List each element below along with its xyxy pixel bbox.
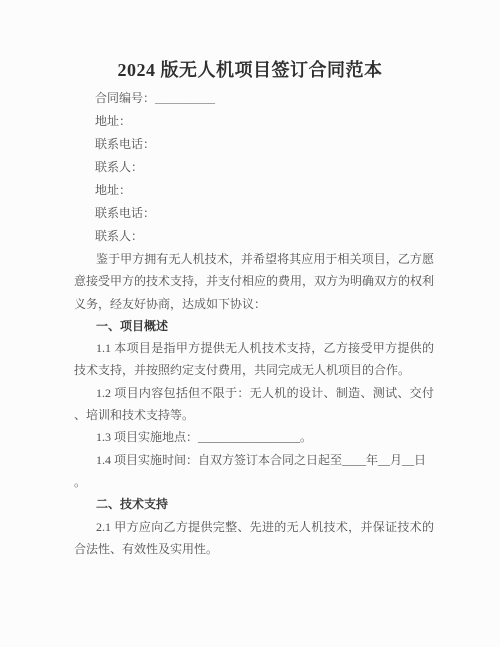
address-1-label: 地址： (95, 114, 131, 128)
phone-2-label: 联系电话： (95, 206, 155, 220)
field-row-contact-2: 联系人： (95, 225, 434, 248)
clause-1-3-location: 1.3 项目实施地点：_________________。 (74, 426, 434, 448)
clause-1-2: 1.2 项目内容包括但不限于：无人机的设计、制造、测试、交付、培训和技术支持等。 (74, 382, 434, 427)
contract-number-label: 合同编号： (95, 91, 155, 105)
paragraph-preamble: 鉴于甲方拥有无人机技术，并希望将其应用于相关项目，乙方愿意接受甲方的技术支持，并… (74, 248, 434, 315)
clause-1-4-time: 1.4 项目实施时间：自双方签订本合同之日起至____年__月__日 (74, 449, 434, 471)
field-row-address-1: 地址： (95, 110, 434, 133)
clause-1-4-continuation-period: 。 (74, 471, 434, 493)
contact-2-label: 联系人： (95, 229, 143, 243)
field-row-contact-1: 联系人： (95, 156, 434, 179)
contract-body: 鉴于甲方拥有无人机技术，并希望将其应用于相关项目，乙方愿意接受甲方的技术支持，并… (74, 248, 434, 560)
phone-1-label: 联系电话： (95, 137, 155, 151)
contract-number-blank: __________ (155, 91, 215, 105)
field-row-phone-2: 联系电话： (95, 202, 434, 225)
section-heading-project-overview: 一、项目概述 (74, 315, 434, 337)
document-title: 2024 版无人机项目签订合同范本 (0, 57, 500, 83)
clause-1-1: 1.1 本项目是指甲方提供无人机技术支持，乙方接受甲方提供的技术支持，并按照约定… (74, 337, 434, 382)
field-row-phone-1: 联系电话： (95, 133, 434, 156)
header-fields: 合同编号：__________ 地址： 联系电话： 联系人： 地址： 联系电话：… (74, 87, 434, 248)
contact-1-label: 联系人： (95, 160, 143, 174)
field-row-address-2: 地址： (95, 179, 434, 202)
section-heading-technical-support: 二、技术支持 (74, 493, 434, 515)
address-2-label: 地址： (95, 183, 131, 197)
contract-document-page: 2024 版无人机项目签订合同范本 合同编号：__________ 地址： 联系… (0, 0, 500, 647)
field-row-contract-number: 合同编号：__________ (95, 87, 434, 110)
clause-2-1: 2.1 甲方应向乙方提供完整、先进的无人机技术，并保证技术的合法性、有效性及实用… (74, 516, 434, 561)
